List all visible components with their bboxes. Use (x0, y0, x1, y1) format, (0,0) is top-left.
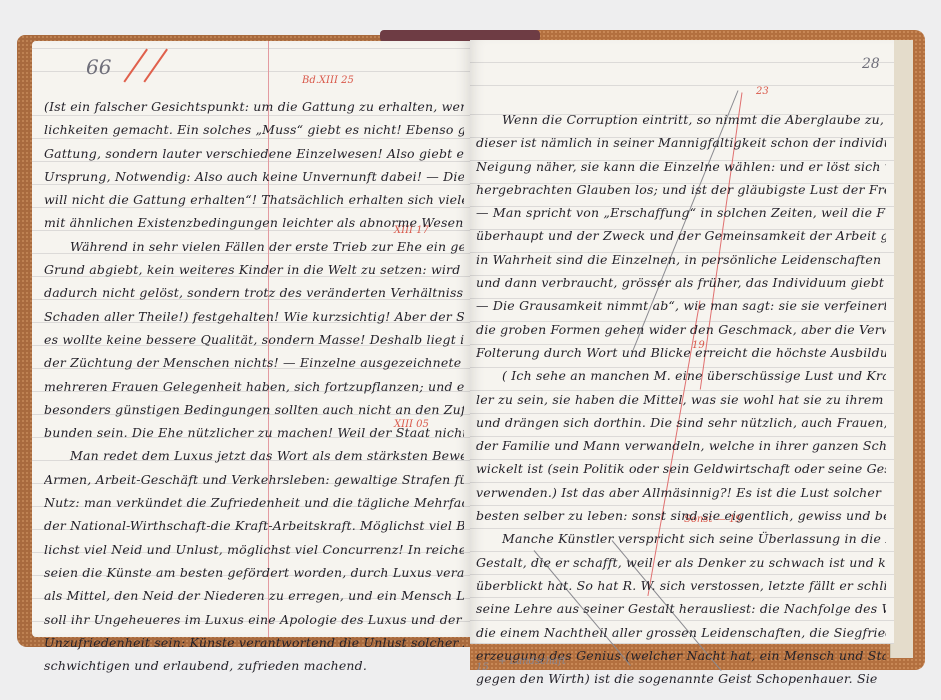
text-line: will nicht die Gattung erhalten“! Thatsä… (44, 188, 464, 211)
right-page: 28 23 19 Sonst — 19 Wenn die Corruption … (470, 40, 894, 644)
text-line: mit ähnlichen Existenzbedingungen leicht… (44, 211, 464, 234)
text-line: Unzufriedenheit sein: Künste verantworte… (44, 631, 464, 654)
footnote-number: 15 (476, 662, 489, 673)
text-line: Manche Künstler verspricht sich seine Üb… (476, 527, 886, 550)
text-line: Ursprung, Notwendig: Also auch keine Unv… (44, 165, 464, 188)
text-line: Wenn die Corruption eintritt, so nimmt d… (476, 108, 886, 131)
page-number: 66 (86, 55, 111, 79)
text-line: mehreren Frauen Gelegenheit haben, sich … (44, 375, 464, 398)
text-line: Folterung durch Wort und Blicke erreicht… (476, 341, 886, 364)
text-line: soll ihr Ungeheueres im Luxus eine Apolo… (44, 608, 464, 631)
text-line: Armen, Arbeit-Geschäft und Verkehrsleben… (44, 468, 464, 491)
page-number: 28 (862, 56, 880, 72)
text-line: hergebrachten Glauben los; und ist der g… (476, 178, 886, 201)
open-notebook: 66 Bd.XIII 25 XIII 17 XIII 05 (Ist ein f… (0, 0, 941, 700)
text-line: Gattung, sondern lauter verschiedene Ein… (44, 142, 464, 165)
text-line: schwichtigen und erlaubend, zufrieden ma… (44, 654, 464, 677)
text-line: als Mittel, den Neid der Niederen zu err… (44, 584, 464, 607)
text-line: besonders günstigen Bedingungen sollten … (44, 398, 464, 421)
red-slash-mark (123, 49, 147, 83)
text-line: — Die Grausamkeit nimmt ab“, wie man sag… (476, 294, 886, 317)
text-line: ( Ich sehe an manchen M. eine überschüss… (476, 364, 886, 387)
text-line: seien die Künste am besten gefördert wor… (44, 561, 464, 584)
right-page-text: Wenn die Corruption eintritt, so nimmt d… (476, 108, 886, 690)
text-line: dadurch nicht gelöst, sondern trotz des … (44, 281, 464, 304)
text-line: Während in sehr vielen Fällen der erste … (44, 235, 464, 258)
text-line: dieser ist nämlich in seiner Mannigfalti… (476, 131, 886, 154)
text-line: (Ist ein falscher Gesichtspunkt: um die … (44, 95, 464, 118)
text-line: verwenden.) Ist das aber Allmäsinnig?! E… (476, 481, 886, 504)
text-line: Man redet dem Luxus jetzt das Wort als d… (44, 444, 464, 467)
text-line: gegen den Wirth) ist die sogenannte Geis… (476, 667, 886, 690)
text-line: der National-Wirthschaft-die Kraft-Arbei… (44, 514, 464, 537)
text-line: wickelt ist (sein Politik oder sein Geld… (476, 457, 886, 480)
text-line: seine Lehre aus seiner Gestalt herauslie… (476, 597, 886, 620)
text-line: überhaupt und der Zweck und der Gemeinsa… (476, 224, 886, 247)
text-line: — Man spricht von „Erschaffung“ in solch… (476, 201, 886, 224)
text-line: der Züchtung der Menschen nichts! — Einz… (44, 351, 464, 374)
text-line: in Wahrheit sind die Einzelnen, in persö… (476, 248, 886, 271)
text-line: Neigung näher, sie kann die Einzelne wäh… (476, 155, 886, 178)
text-line: Schaden aller Theile!) festgehalten! Wie… (44, 305, 464, 328)
text-line: besten selber zu leben: sonst sind sie e… (476, 504, 886, 527)
text-line: lichkeiten gemacht. Ein solches „Muss“ g… (44, 118, 464, 141)
text-line: die einem Nachtheil aller grossen Leiden… (476, 621, 886, 644)
left-page-text: (Ist ein falscher Gesichtspunkt: um die … (44, 95, 464, 677)
text-line: bunden sein. Die Ehe nützlicher zu mache… (44, 421, 464, 444)
text-line: und drängen sich dorthin. Die sind sehr … (476, 411, 886, 434)
red-annotation: Bd.XIII 25 (302, 75, 354, 86)
footnote-text: + Landschaft (498, 656, 566, 667)
text-line: und dann verbraucht, grösser als früher,… (476, 271, 886, 294)
text-line: ler zu sein, sie haben die Mittel, was s… (476, 388, 886, 411)
text-line: es wollte keine bessere Qualität, sonder… (44, 328, 464, 351)
text-line: Nutz: man verkündet die Zufriedenheit un… (44, 491, 464, 514)
text-line: lichst viel Neid und Unlust, möglichst v… (44, 538, 464, 561)
text-line: die groben Formen gehen wider den Geschm… (476, 318, 886, 341)
text-line: Gestalt, die er schafft, weil er als Den… (476, 551, 886, 574)
red-annotation: 23 (756, 86, 769, 97)
text-line: Grund abgiebt, kein weiteres Kinder in d… (44, 258, 464, 281)
left-page: 66 Bd.XIII 25 XIII 17 XIII 05 (Ist ein f… (32, 41, 470, 637)
text-line: überblickt hat. So hat R. W. sich versto… (476, 574, 886, 597)
red-slash-mark (143, 49, 167, 83)
text-line: der Familie und Mann verwandeln, welche … (476, 434, 886, 457)
